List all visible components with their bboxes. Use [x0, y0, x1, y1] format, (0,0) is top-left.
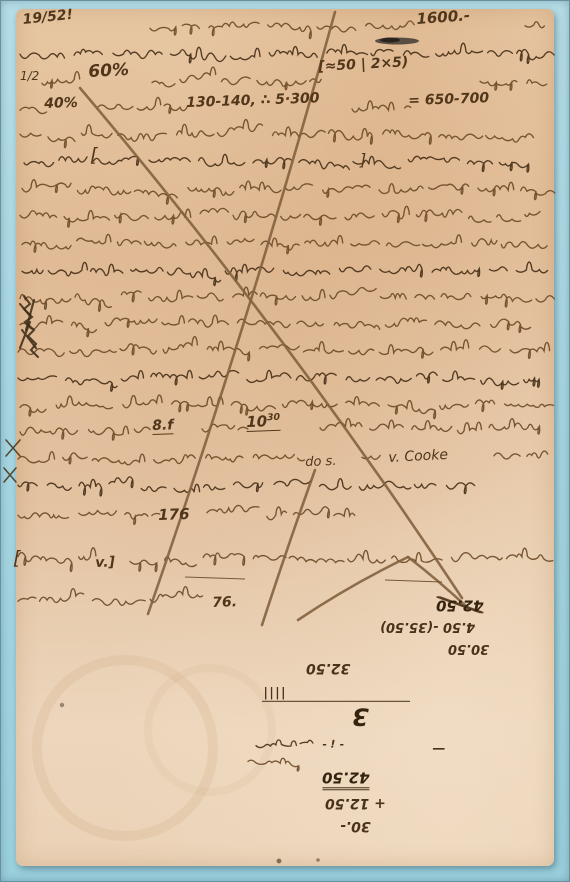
upside-down-arithmetic-layer: 42.504.50 -(35.50)30.5032.50||||3- ¡ -—4…	[0, 0, 570, 882]
inverted-arithmetic-item: + 12.50	[325, 795, 386, 811]
inverted-arithmetic-item: ||||	[262, 686, 410, 702]
scanned-postcard-photo: 19/52!1600.-60%[≈50 | 2×5)1/240%130-140,…	[0, 0, 570, 882]
inverted-arithmetic-item: 4.50 -(35.50)	[380, 618, 475, 633]
inverted-arithmetic-item: - ¡ -	[322, 738, 344, 751]
inverted-arithmetic-item: 30.50	[448, 640, 489, 655]
inverted-arithmetic-item: 42.50	[436, 596, 483, 613]
inverted-arithmetic-item: 32.50	[306, 660, 350, 676]
inverted-arithmetic-item: —	[432, 740, 445, 755]
inverted-arithmetic-item: 3	[352, 702, 369, 730]
inverted-arithmetic-item: 30.-	[340, 818, 371, 834]
inverted-arithmetic-item: 42.50	[322, 768, 369, 790]
